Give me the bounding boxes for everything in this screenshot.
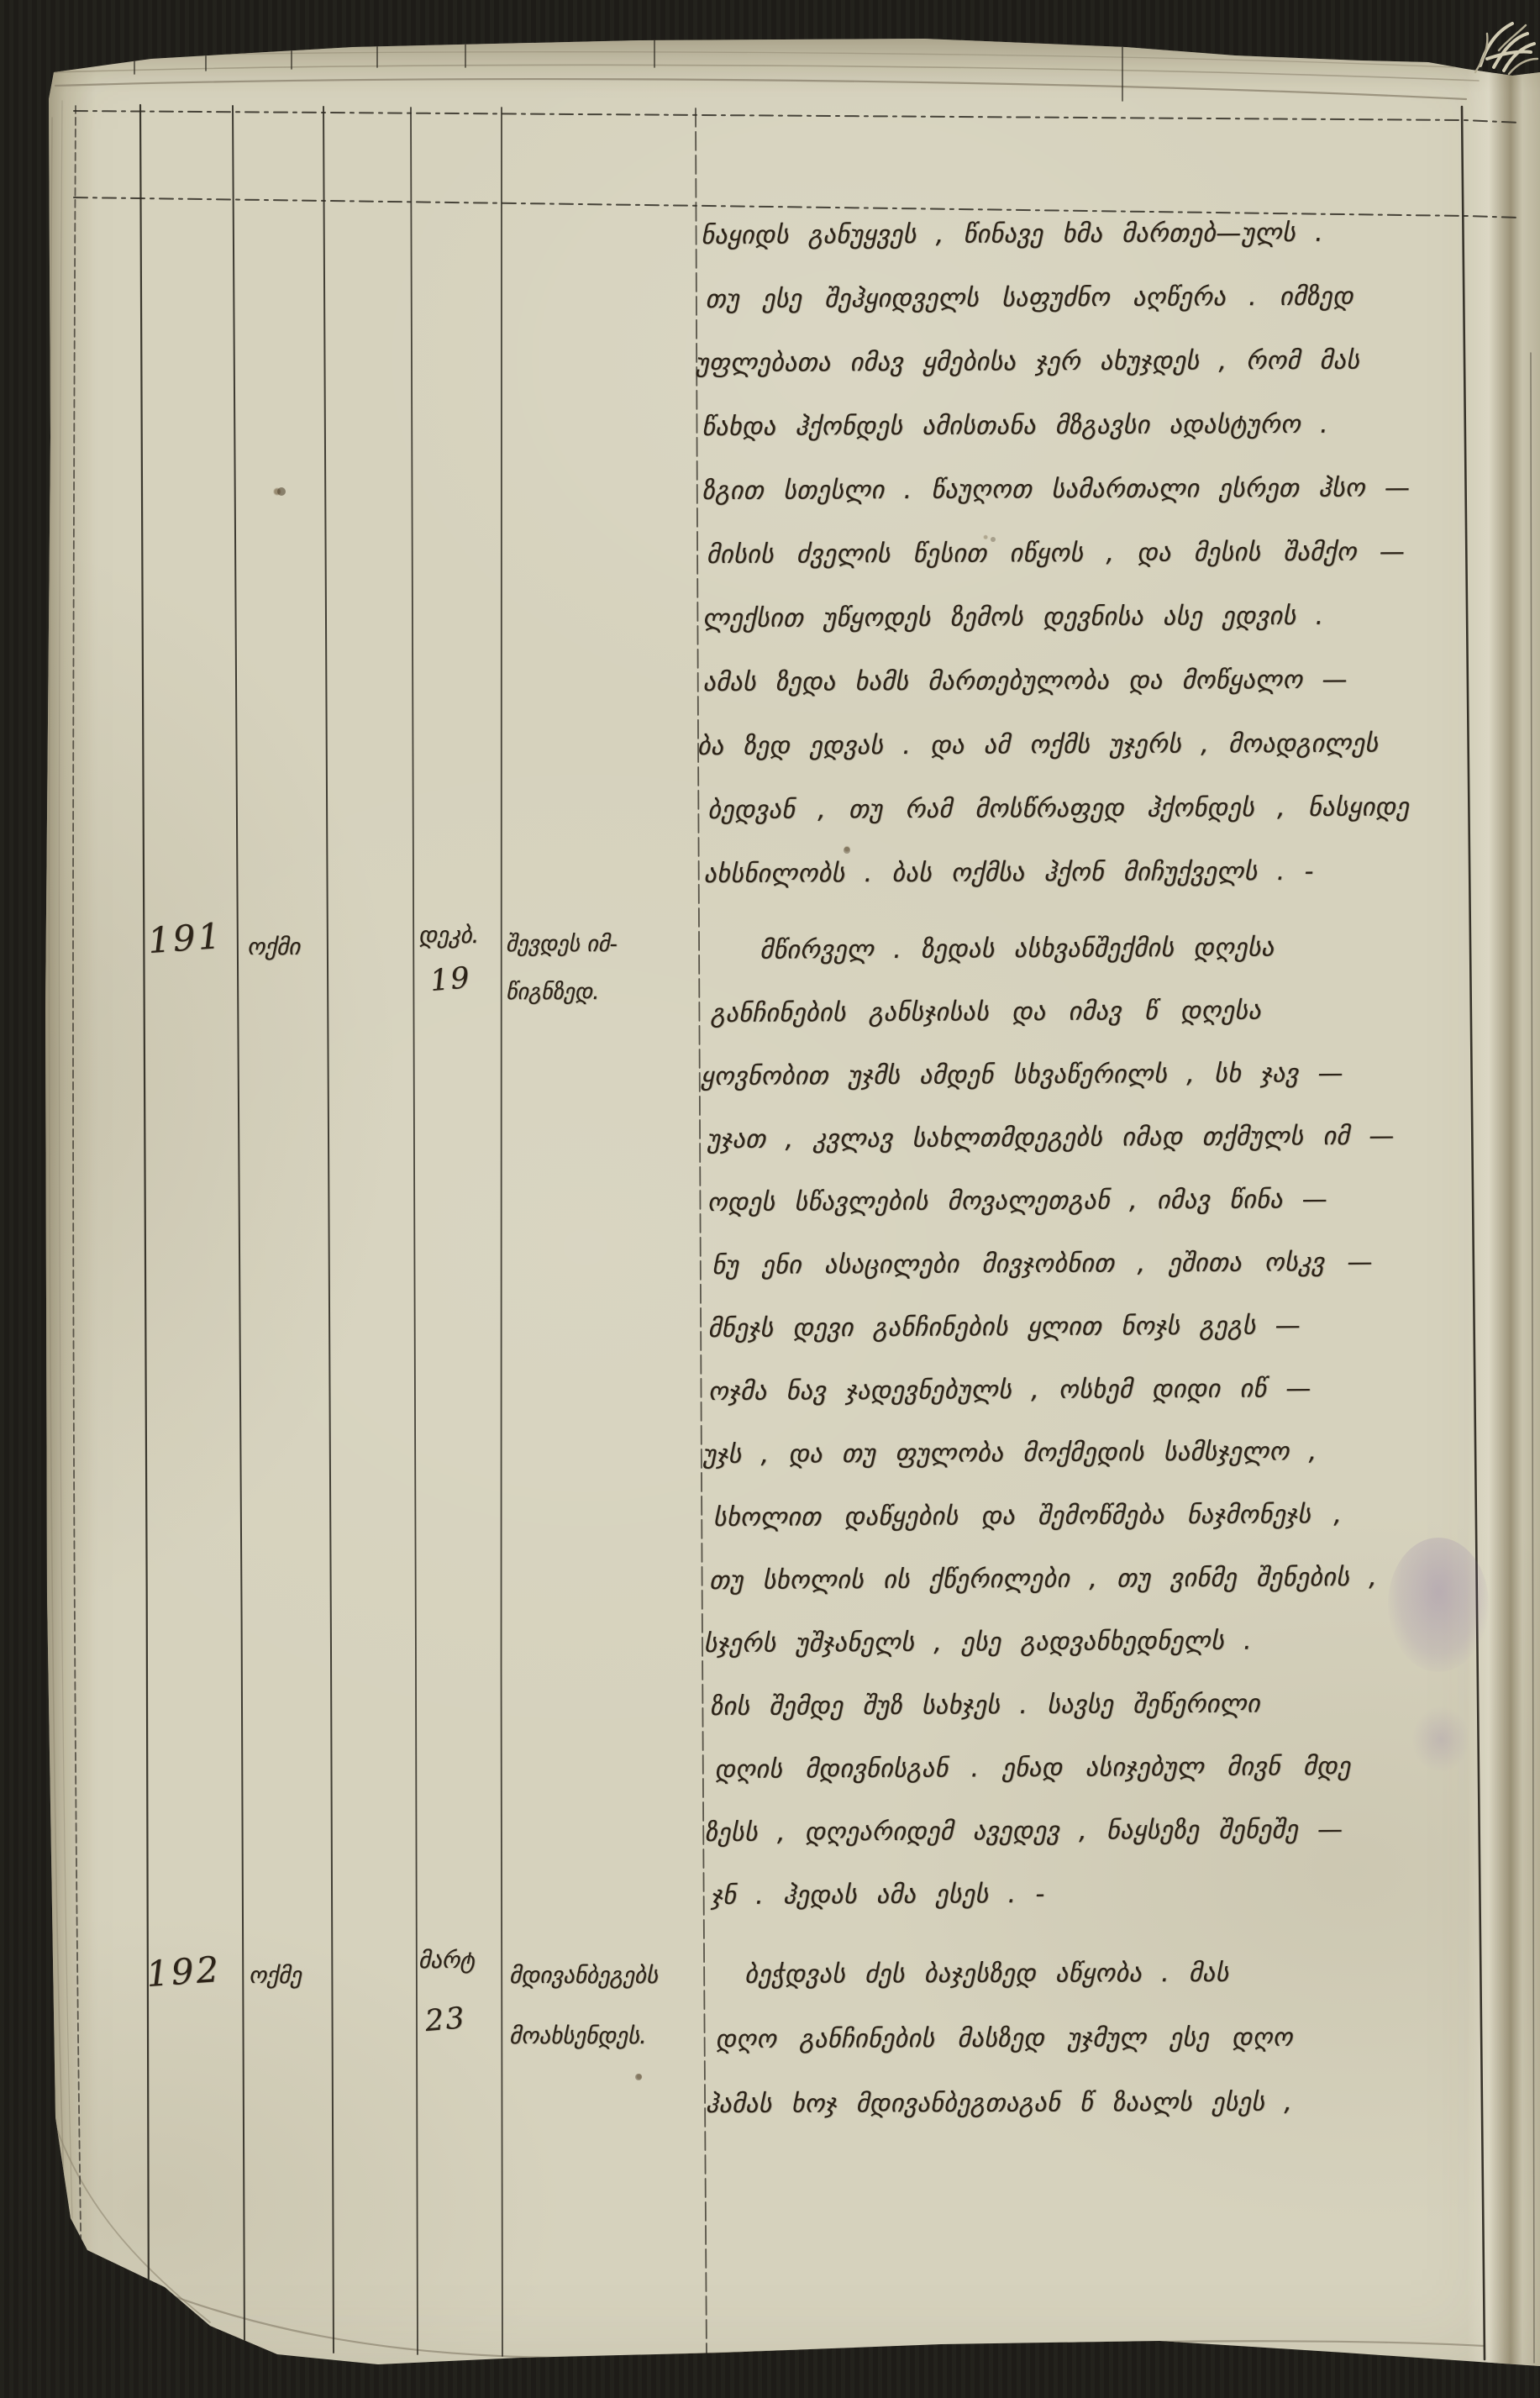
manuscript-line: ოდეს სწავლების მოვალეთგან , იმავ წინა —: [707, 1168, 1395, 1234]
manuscript-line: წახდა ჰქონდეს ამისთანა მზგავსი ადასტურო …: [702, 392, 1410, 460]
paper-sheet: ნაყიდს განუყვეს , წინავე ხმა მართებ—ულს …: [0, 0, 1540, 2398]
manuscript-line: ნუ ენი ასაცილები მივჯობნით , ეშითა ოსკვ …: [712, 1231, 1395, 1297]
addressee-line: შევდეს იმ-: [506, 921, 618, 969]
manuscript-line: ზესს , დღეარიდემ ავედევ , ნაყსეზე შენეშე…: [704, 1798, 1398, 1864]
next-page-rule: [1531, 353, 1534, 2363]
left-page-edge: [59, 101, 72, 2218]
manuscript-line: ზის შემდე შუზ სახჯეს . სავსე შეწერილი: [710, 1672, 1398, 1738]
binding-threads: [0, 0, 1540, 168]
manuscript-line: უფლებათა იმავ ყმებისა ჯერ ახუჯდეს , რომ …: [696, 329, 1410, 396]
manuscript-line: სხოლით დაწყების და შემოწმება ნაჯმონეჯს ,: [713, 1483, 1397, 1549]
manuscript-line: სჯერს უშჯანელს , ესე გადვანხედნელს .: [703, 1609, 1397, 1675]
bottom-under-page-edge: [52, 2116, 210, 2322]
addressee-line: წიგნზედ.: [506, 969, 618, 1017]
entry-month: დეკბ.: [418, 923, 479, 949]
manuscript-line: ბედვან , თუ რამ მოსწრაფედ ჰქონდეს , ნასყ…: [707, 776, 1411, 843]
manuscript-block-entry-191: მწირველ . ზედას ასხვანშექმის დღესაგანჩინ…: [706, 916, 1399, 1927]
column-rule: [233, 106, 244, 2349]
manuscript-line: ზგით სთესლი . წაუღოთ სამართალი ესრეთ ჰსო…: [702, 456, 1410, 523]
entry-addressee: მდივანბეგებსმოახსენდეს.: [509, 1946, 658, 2067]
manuscript-line: ამას ზედა ხამს მართებულობა და მოწყალო —: [702, 648, 1411, 715]
column-rule: [411, 108, 418, 2354]
manuscript-line: ჰამას ხოჯ მდივანბეგთაგან წ ზაალს ესეს ,: [706, 2070, 1294, 2137]
entry-addressee: შევდეს იმ-წიგნზედ.: [506, 921, 618, 1017]
manuscript-line: თუ ესე შეჰყიდველს საფუძნო აღწერა . იმზედ: [705, 265, 1409, 332]
manuscript-line: ნაყიდს განუყვეს , წინავე ხმა მართებ—ულს …: [701, 201, 1409, 268]
entry-mark: ოქმი: [247, 934, 300, 960]
entry-number: 191: [146, 915, 223, 961]
entry-month: მარტ: [418, 1948, 475, 1974]
column-rule: [501, 108, 502, 2356]
photographed-register-page: ნაყიდს განუყვეს , წინავე ხმა მართებ—ულს …: [0, 0, 1540, 2398]
bottom-page-edge: [84, 2259, 1484, 2358]
manuscript-line: ჯნ . ჰედას ამა ესეს . -: [711, 1861, 1399, 1927]
column-rule-left-border: [73, 106, 81, 2285]
manuscript-line: დღო განჩინების მასზედ უჯმულ ესე დღო: [715, 2006, 1293, 2072]
manuscript-line: განჩინების განსჯისას და იმავ წ დღესა: [710, 979, 1394, 1045]
entry-mark: ოქმე: [249, 1963, 302, 1989]
manuscript-line: თუ სხოლის ის ქწერილები , თუ ვინმე შენები…: [709, 1546, 1397, 1612]
entry-number: 192: [145, 1948, 222, 1995]
manuscript-line: ახსნილობს . ბას ოქმსა ჰქონ მიჩუქველს . -: [703, 839, 1411, 907]
manuscript-line: უჯს , და თუ ფულობა მოქმედის სამსჯელო ,: [702, 1420, 1396, 1486]
manuscript-line: მწირველ . ზედას ასხვანშექმის დღესა: [706, 916, 1394, 982]
manuscript-line: ბეჭდვას ძეს ბაჯესზედ აწყობა . მას: [711, 1941, 1293, 2007]
addressee-line: მდივანბეგებს: [509, 1946, 658, 2006]
column-rule: [323, 107, 334, 2353]
manuscript-line: უჯათ , კვლავ სახლთმდეგებს იმად თქმულს იმ…: [707, 1105, 1395, 1171]
manuscript-line: ლექსით უწყოდეს ზემოს დევნისა ასე ედვის .: [702, 584, 1411, 651]
manuscript-block-entry-192: ბეჭდვას ძეს ბაჯესზედ აწყობა . მასდღო გან…: [711, 1941, 1293, 2137]
ink-speck: [635, 2074, 642, 2080]
entry-day: 19: [428, 961, 472, 998]
left-page-edge: [50, 118, 64, 2185]
manuscript-line: ოჯმა ნავ ჯადევნებულს , ოსხემ დიდი იწ —: [708, 1357, 1396, 1423]
manuscript-line: ყოვნობით უჯმს ამდენ სხვაწერილს , სხ ჯავ …: [701, 1042, 1395, 1108]
thread-strand: [1480, 24, 1534, 71]
manuscript-line: დღის მდივნისგან . ენად ასიჯებულ მივნ მდე: [714, 1735, 1398, 1801]
manuscript-line: ბა ზედ ედვას . და ამ ოქმს უჯერს , მოადგი…: [697, 712, 1411, 779]
column-rule-right-border: [1462, 107, 1485, 2359]
manuscript-block-continuation: ნაყიდს განუყვეს , წინავე ხმა მართებ—ულს …: [701, 201, 1411, 907]
column-rule: [140, 105, 149, 2344]
addressee-line: მოახსენდეს.: [509, 2006, 658, 2067]
manuscript-line: მისის ძველის წესით იწყოს , და მესის შამქ…: [707, 520, 1411, 587]
entry-day: 23: [423, 2001, 467, 2038]
ink-speck: [277, 487, 286, 496]
manuscript-line: მნეჯს დევი განჩინების ყლით ნოჯს გეგს —: [707, 1294, 1395, 1360]
